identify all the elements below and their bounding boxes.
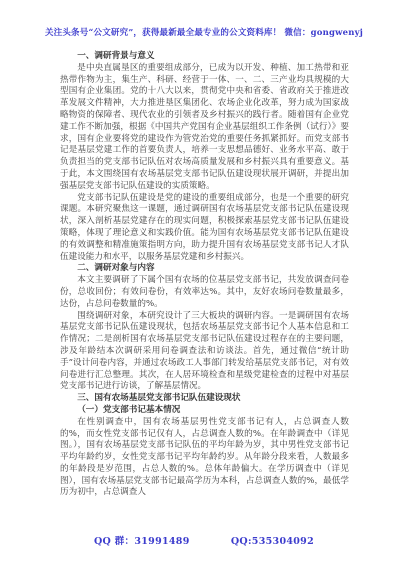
paragraph: 本文主要调研了下属个国有农场的位基层党支部书记，共发放调查问卷份，总收回份；有效… xyxy=(60,275,349,310)
paragraph: 在性别调查中，国有农场基层男性党支部书记有人，占总调查人数的%，而女性党支部书记… xyxy=(60,417,349,500)
qq-group-number: QQ 群：31991489 xyxy=(94,533,190,547)
document-page: 关注头条号“公文研究”，获得最新最全最专业的公文资料库！ 微信：gongweny… xyxy=(0,0,408,580)
qq-number: QQ:535304092 xyxy=(231,536,314,547)
paragraph: 党支部书记队伍建设是党的建设的重要组成部分，也是一个重要的研究课题。本研究聚焦这… xyxy=(60,193,349,264)
paragraph: 围绕调研对象，本研究设计了三大板块的调研内容。一是调研国有农场基层党支部书记队伍… xyxy=(60,311,349,394)
promo-banner-text: 关注头条号“公文研究”，获得最新最全最专业的公文资料库！ 微信：gongweny… xyxy=(0,26,408,38)
section-1-heading: 一、调研背景与意义 xyxy=(60,51,349,63)
section-3-sub-heading: （一）党支部书记基本情况 xyxy=(60,405,349,417)
document-body: 一、调研背景与意义 是中央直属垦区的重要组成部分，已成为以开发、种植、加工热带和… xyxy=(60,51,349,499)
section-2-heading: 二、调研对象与内容 xyxy=(60,263,349,275)
section-3-heading: 三、国有农场基层党支部书记队伍建设现状 xyxy=(60,393,349,405)
paragraph: 是中央直属垦区的重要组成部分，已成为以开发、种植、加工热带和亚热带作物为主，集生… xyxy=(60,63,349,193)
qq-contact-footer: QQ 群：31991489 QQ:535304092 xyxy=(0,533,408,547)
